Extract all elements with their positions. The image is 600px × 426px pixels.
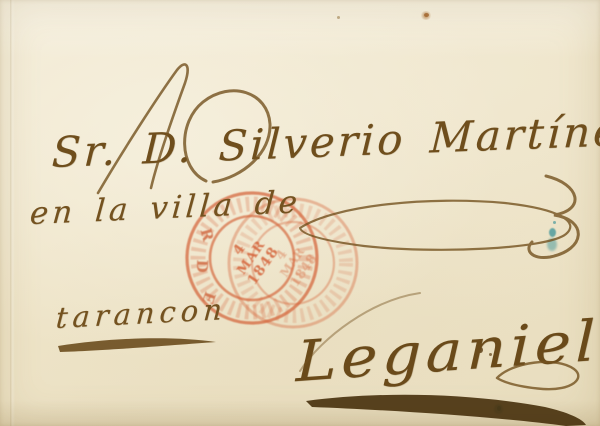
flourish-z-descender	[529, 176, 578, 258]
flourish-capital-l-sweep	[300, 293, 420, 371]
tarancon-underline-stroke	[58, 338, 216, 352]
leganiel-underline-stroke	[306, 395, 586, 426]
pen-flourishes	[0, 0, 600, 426]
flourish-sr-ascender	[98, 64, 188, 193]
flourish-l-tail-loop	[497, 362, 578, 389]
envelope-cover: 4 MAR 1848 R D E 4 MAR 1848 Sr. D. Silve…	[0, 0, 600, 426]
flourish-d-bowl	[185, 91, 270, 182]
